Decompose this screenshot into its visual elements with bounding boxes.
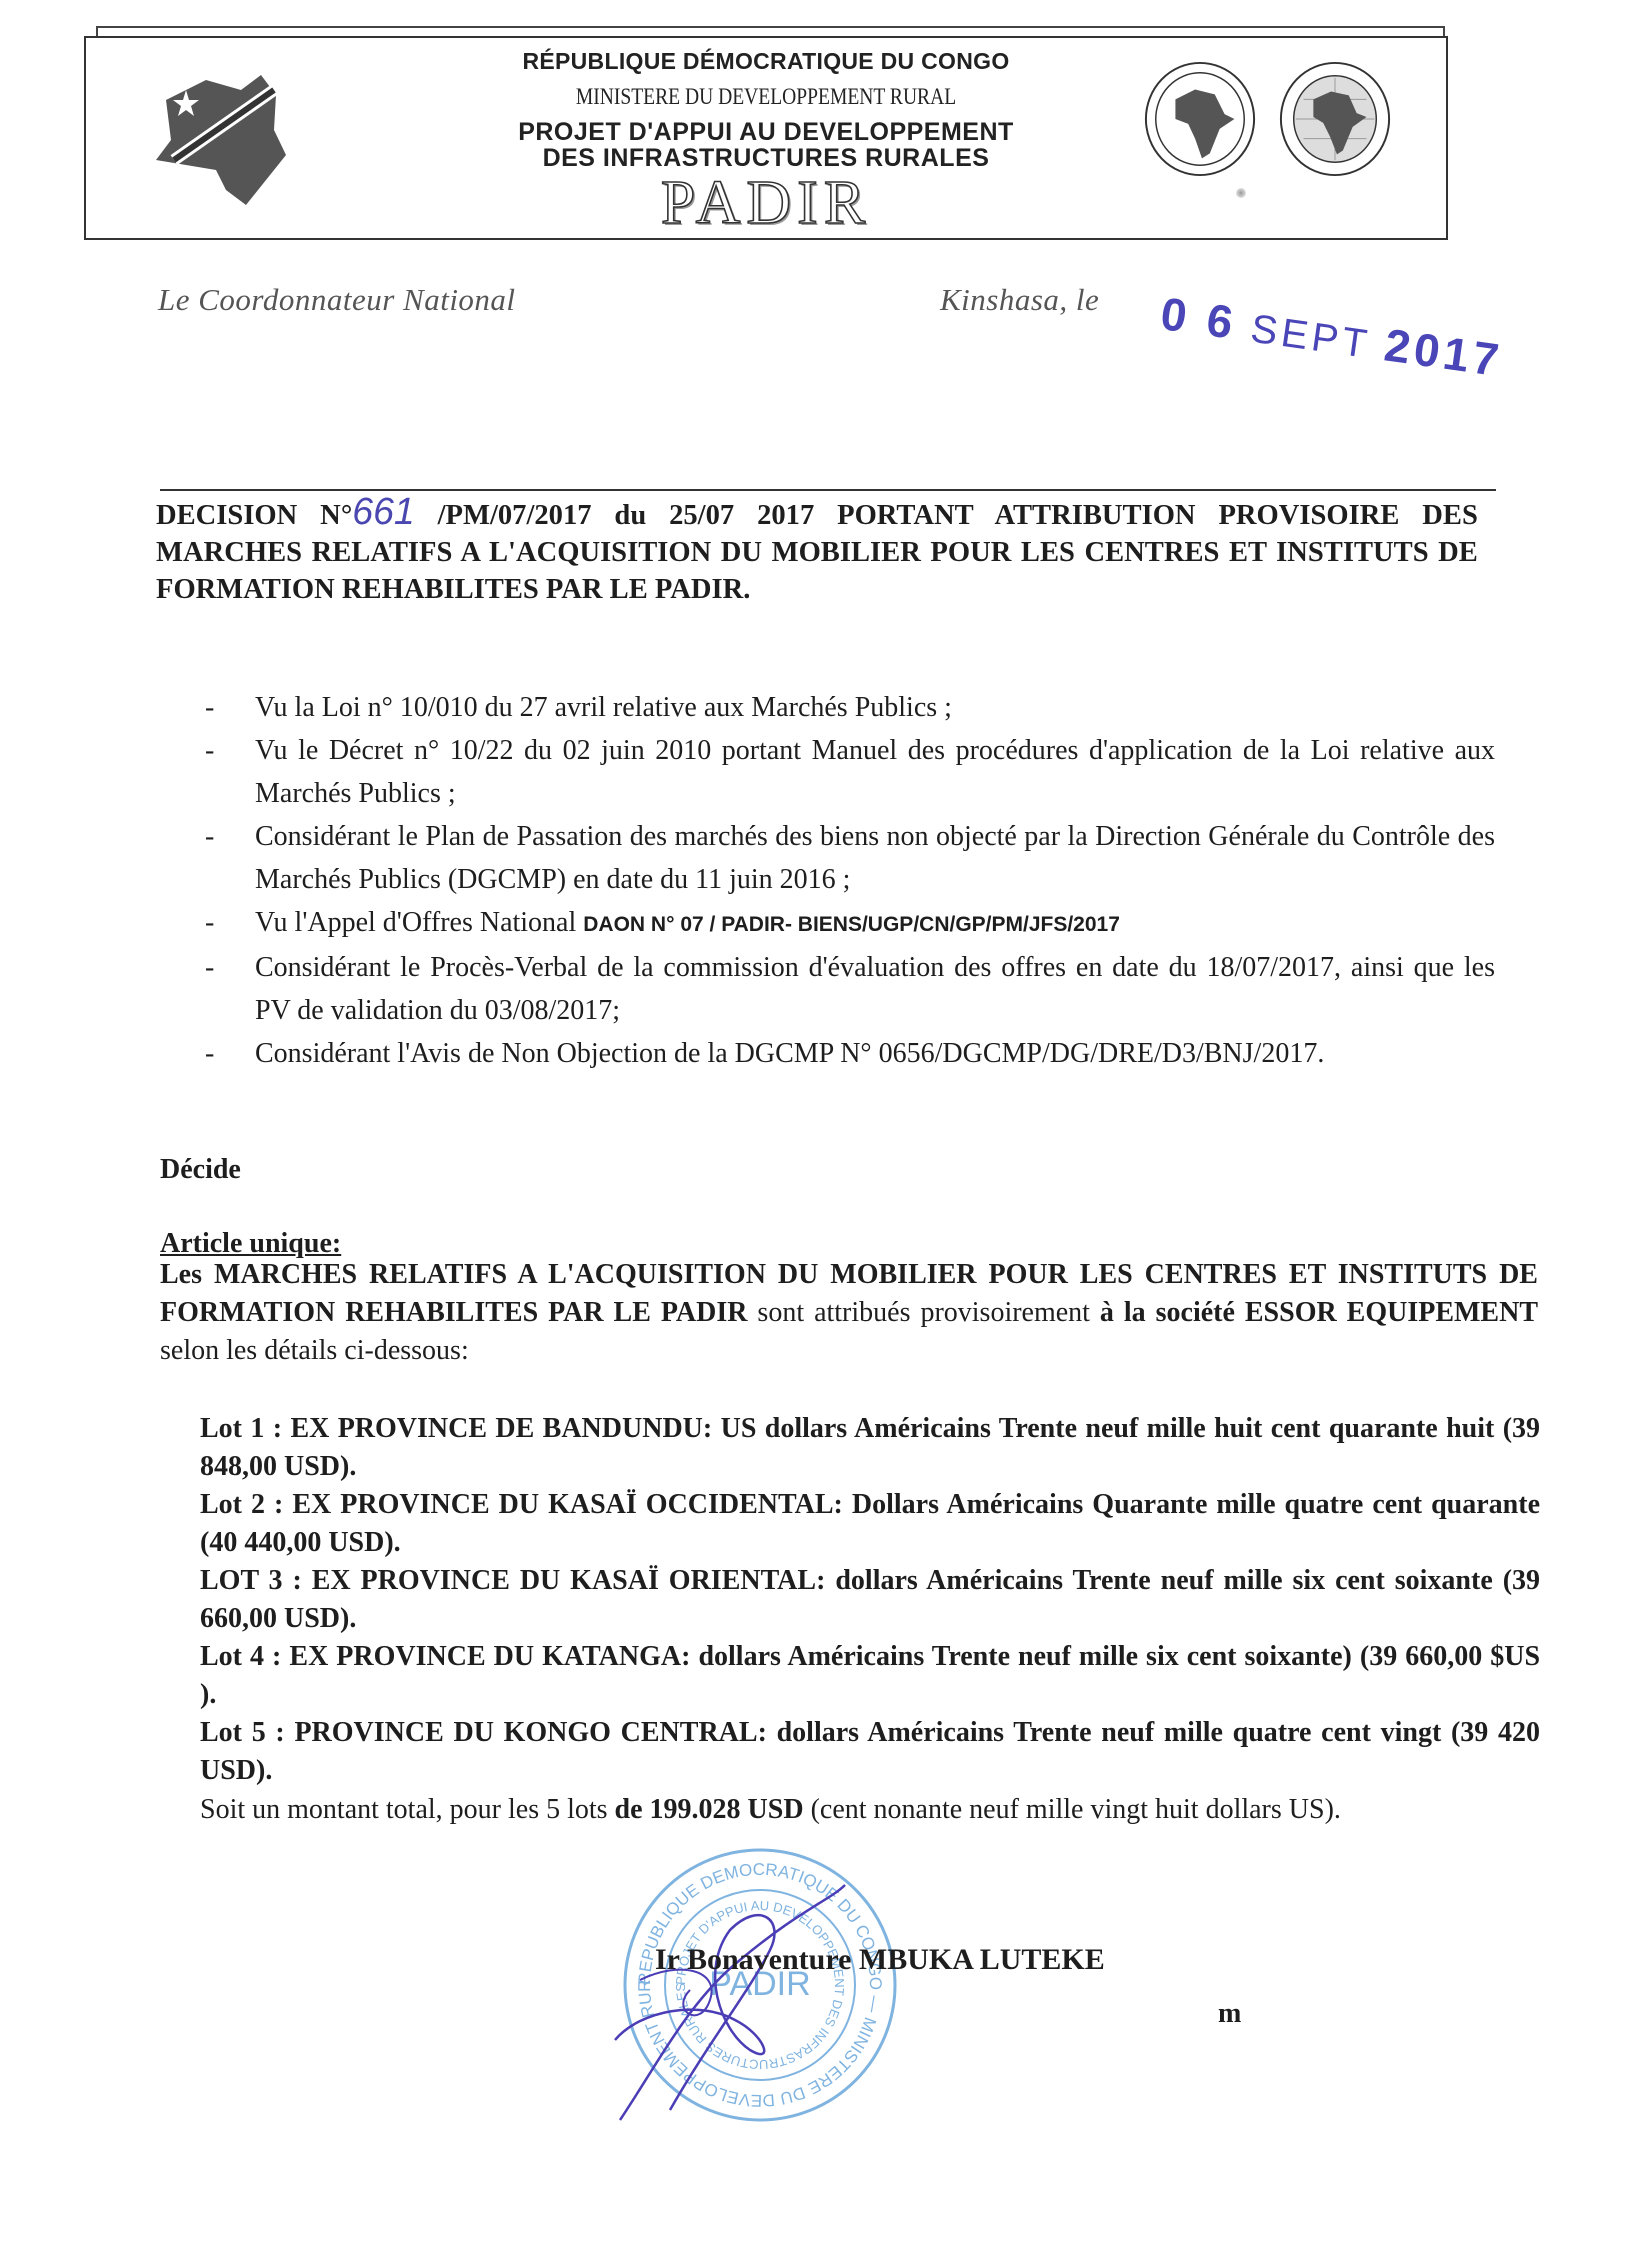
total-amount: Soit un montant total, pour les 5 lots d…	[200, 1791, 1540, 1829]
awarded-company: à la société ESSOR EQUIPEMENT	[1100, 1297, 1538, 1328]
decision-title: DECISION N°661 /PM/07/2017 du 25/07 2017…	[156, 494, 1478, 608]
date-stamp: 0 6 SEPT 2017	[1157, 286, 1505, 387]
signatory-name: Ir Bonaventure MBUKA LUTEKE	[655, 1943, 1105, 1977]
considerant-item: Considérant l'Avis de Non Objection de l…	[205, 1032, 1495, 1075]
article-body: Les MARCHES RELATIFS A L'ACQUISITION DU …	[160, 1256, 1538, 1370]
lot-amount-words: dollars Américains Trente neuf mille six…	[698, 1641, 1351, 1672]
total-text: Soit un montant total, pour les 5 lots	[200, 1794, 615, 1825]
article-text-end: selon les détails ci-dessous:	[160, 1335, 469, 1366]
considerant-text: Vu le Décret n° 10/22 du 02 juin 2010 po…	[255, 735, 1495, 809]
handwritten-signature	[600, 1860, 900, 2140]
considerant-text: Vu l'Appel d'Offres National	[255, 907, 583, 938]
lot-item: Lot 1 : EX PROVINCE DE BANDUNDU: US doll…	[200, 1410, 1540, 1486]
lot-label: Lot 4 :	[200, 1641, 281, 1672]
african-development-bank-seal-icon	[1141, 60, 1259, 178]
date-stamp-day: 0 6	[1158, 287, 1240, 349]
lot-province: EX PROVINCE DU KASAÏ ORIENTAL:	[312, 1565, 826, 1596]
date-stamp-year: 2017	[1381, 318, 1505, 386]
considerant-item: Vu le Décret n° 10/22 du 02 juin 2010 po…	[205, 729, 1495, 815]
total-words: (cent nonante neuf mille vingt huit doll…	[804, 1794, 1341, 1825]
lot-province: EX PROVINCE DU KATANGA:	[289, 1641, 690, 1672]
lot-item: LOT 3 : EX PROVINCE DU KASAÏ ORIENTAL: d…	[200, 1562, 1540, 1638]
scan-speck	[1236, 188, 1246, 198]
decide-label: Décide	[160, 1154, 241, 1186]
lot-amount-words: Dollars Américains Quarante mille quatre…	[852, 1489, 1540, 1520]
considerant-text: Considérant le Plan de Passation des mar…	[255, 821, 1495, 895]
lot-amount-words: dollars Américains Trente neuf mille six…	[835, 1565, 1492, 1596]
tender-reference: DAON N° 07 / PADIR- BIENS/UGP/CN/GP/PM/J…	[583, 913, 1120, 936]
lot-label: Lot 5 :	[200, 1717, 285, 1748]
considerant-text: Considérant le Procès-Verbal de la commi…	[255, 952, 1495, 1026]
place-label: Kinshasa, le	[940, 282, 1099, 318]
paraph-initials: m	[1218, 1998, 1241, 2030]
sender-role: Le Coordonnateur National	[158, 282, 516, 318]
letterhead: RÉPUBLIQUE DÉMOCRATIQUE DU CONGO MINISTE…	[84, 36, 1448, 240]
article-text: sont attribués provisoirement	[747, 1297, 1099, 1328]
considerant-item: Considérant le Procès-Verbal de la commi…	[205, 946, 1495, 1032]
lot-item: Lot 2 : EX PROVINCE DU KASAÏ OCCIDENTAL:…	[200, 1486, 1540, 1562]
lot-label: LOT 3 :	[200, 1565, 302, 1596]
decision-number-handwritten: 661	[352, 491, 414, 533]
considerant-item: Vu la Loi n° 10/010 du 27 avril relative…	[205, 686, 1495, 729]
lot-amount-words: dollars Américains Trente neuf mille qua…	[777, 1717, 1442, 1748]
lot-amount-words: US dollars Américains Trente neuf mille …	[721, 1413, 1495, 1444]
lot-province: EX PROVINCE DE BANDUNDU:	[290, 1413, 712, 1444]
lot-province: EX PROVINCE DU KASAÏ OCCIDENTAL:	[292, 1489, 842, 1520]
lot-item: Lot 4 : EX PROVINCE DU KATANGA: dollars …	[200, 1638, 1540, 1714]
lot-label: Lot 2 :	[200, 1489, 283, 1520]
project-acronym: PADIR	[86, 168, 1446, 239]
considerant-item: Vu l'Appel d'Offres National DAON N° 07 …	[205, 901, 1495, 946]
total-value: de 199.028 USD	[615, 1794, 804, 1825]
lot-province: PROVINCE DU KONGO CENTRAL:	[294, 1717, 766, 1748]
considerants-list: Vu la Loi n° 10/010 du 27 avril relative…	[205, 686, 1495, 1075]
date-stamp-month: SEPT	[1248, 307, 1373, 367]
considerant-text: Considérant l'Avis de Non Objection de l…	[255, 1038, 1324, 1069]
african-development-fund-seal-icon	[1276, 60, 1394, 178]
considerant-text: Vu la Loi n° 10/010 du 27 avril relative…	[255, 692, 952, 723]
considerant-item: Considérant le Plan de Passation des mar…	[205, 815, 1495, 901]
lots-list: Lot 1 : EX PROVINCE DE BANDUNDU: US doll…	[200, 1410, 1540, 1790]
lot-label: Lot 1 :	[200, 1413, 282, 1444]
lot-item: Lot 5 : PROVINCE DU KONGO CENTRAL: dolla…	[200, 1714, 1540, 1790]
lot-amount: (40 440,00 USD).	[200, 1527, 401, 1558]
decision-prefix: DECISION N°	[156, 499, 352, 531]
